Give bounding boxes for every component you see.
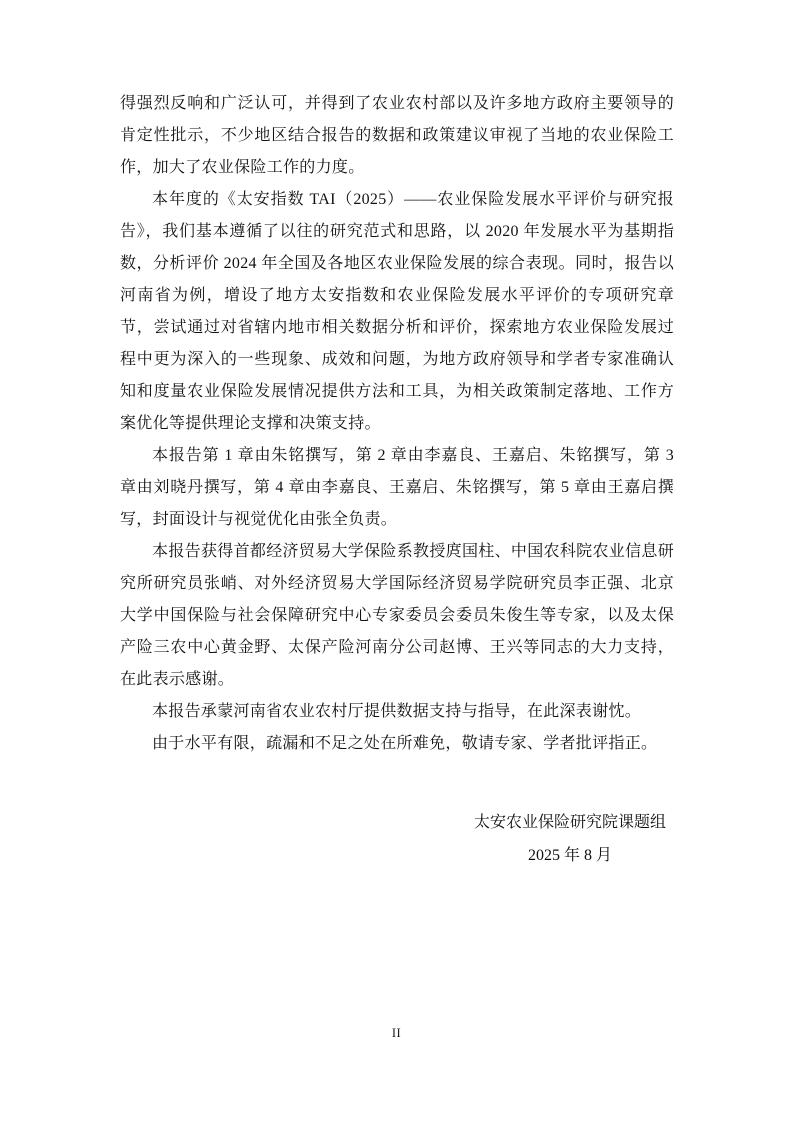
document-body: 得强烈反响和广泛认可，并得到了农业农村部以及许多地方政府主要领导的肯定性批示，不… [120, 88, 674, 872]
body-paragraph: 本报告获得首都经济贸易大学保险系教授庹国柱、中国农科院农业信息研究所研究员张峭、… [120, 536, 674, 696]
body-paragraph: 本报告承蒙河南省农业农村厅提供数据支持与指导，在此深表谢忱。 [120, 696, 674, 728]
signature-block: 太安农业保险研究院课题组 2025 年 8 月 [474, 806, 666, 872]
body-paragraph: 由于水平有限，疏漏和不足之处在所难免，敬请专家、学者批评指正。 [120, 728, 674, 760]
body-paragraph: 本年度的《太安指数 TAI（2025）——农业保险发展水平评价与研究报告》，我们… [120, 184, 674, 440]
signature-organization: 太安农业保险研究院课题组 [474, 806, 666, 839]
page-number: II [0, 1026, 793, 1041]
document-page: 得强烈反响和广泛认可，并得到了农业农村部以及许多地方政府主要领导的肯定性批示，不… [0, 0, 793, 1122]
signature-date: 2025 年 8 月 [474, 839, 666, 872]
body-paragraph: 本报告第 1 章由朱铭撰写，第 2 章由李嘉良、王嘉启、朱铭撰写，第 3 章由刘… [120, 440, 674, 536]
body-paragraph: 得强烈反响和广泛认可，并得到了农业农村部以及许多地方政府主要领导的肯定性批示，不… [120, 88, 674, 184]
